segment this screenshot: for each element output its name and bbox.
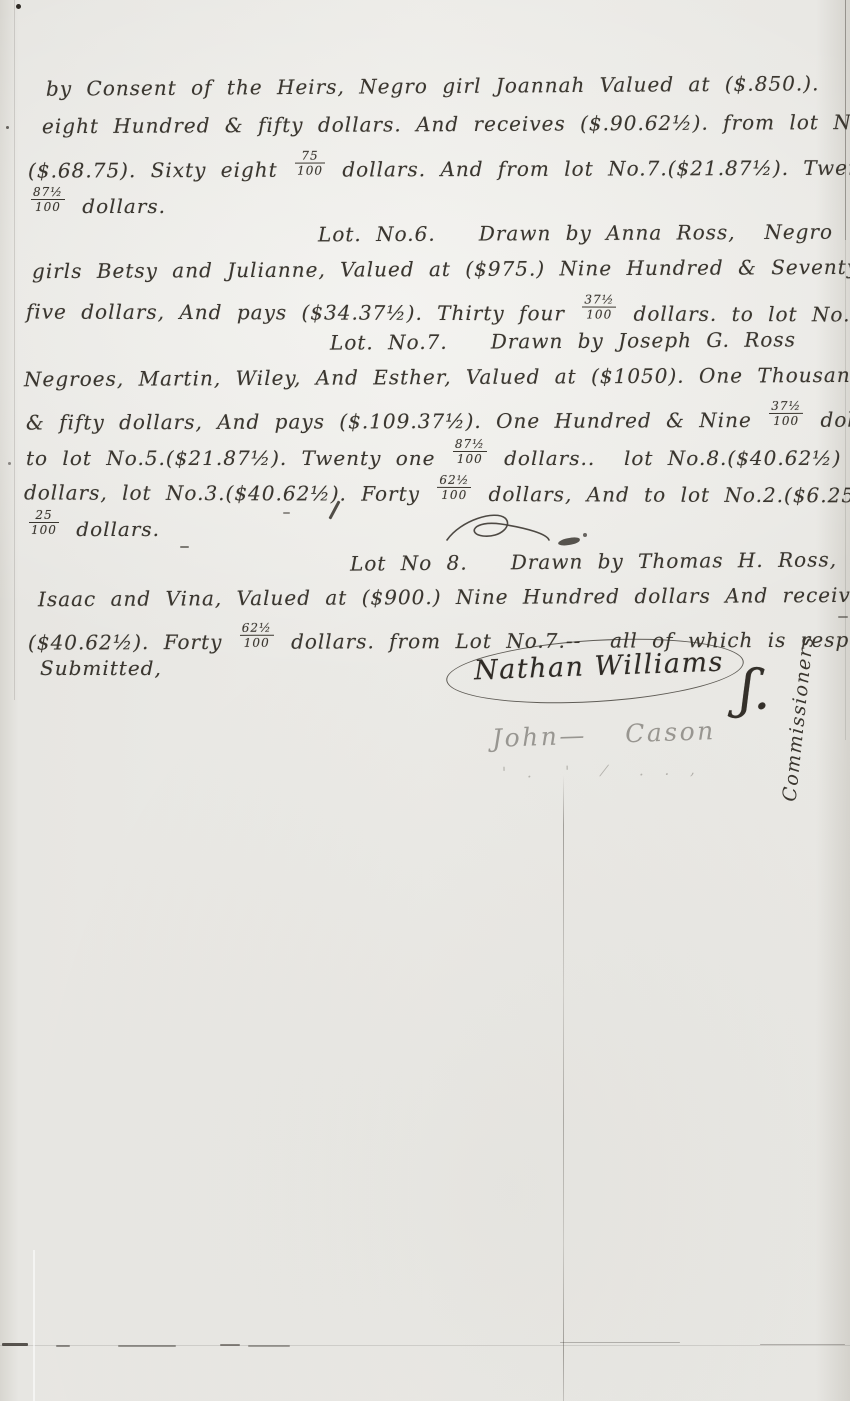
handwritten-line-4: 87½100 dollars.: [28, 186, 166, 218]
text-segment: Negroes, Martin, Wiley, And Esther, Valu…: [24, 363, 850, 391]
handwritten-line-14: Lot No 8. Drawn by Thomas H. Ross, Negro…: [350, 546, 850, 575]
ink-dash: [838, 616, 848, 618]
text-segment: eight Hundred & fifty dollars. And recei…: [42, 110, 850, 138]
fraction: 62½100: [240, 622, 274, 649]
handwritten-line-17: Submitted,: [40, 656, 162, 680]
text-segment: dollars.: [62, 517, 160, 541]
fraction: 75100: [295, 150, 325, 177]
handwritten-line-10: & fifty dollars, And pays ($.109.37½). O…: [26, 399, 850, 434]
ink-dash: [2, 1343, 28, 1346]
text-segment: Submitted,: [40, 656, 162, 680]
handwritten-line-12: dollars, lot No.3.($40.62½). Forty 62½10…: [24, 472, 850, 507]
text-segment: ($40.62½). Forty: [28, 630, 237, 655]
document-page: by Consent of the Heirs, Negro girl Joan…: [0, 0, 850, 1401]
handwritten-line-7: five dollars, And pays ($34.37½). Thirty…: [26, 292, 850, 327]
text-segment: dollars. And from lot No.7.($21.87½). Tw…: [328, 155, 850, 181]
ink-speck: [583, 533, 587, 537]
ink-speck: [16, 4, 21, 9]
handwritten-line-3: ($.68.75). Sixty eight 75100 dollars. An…: [28, 147, 850, 182]
paper-crease-left-edge: [14, 0, 15, 700]
text-segment: dollars, And to lot No.2.($6.25). Six: [474, 482, 850, 508]
text-segment: Lot. No.7. Drawn by Joseph G. Ross: [330, 327, 796, 354]
handwritten-line-13: 25100 dollars.: [26, 509, 160, 541]
handwritten-line-6: girls Betsy and Julianne, Valued at ($97…: [32, 255, 850, 283]
text-segment: dollars, lot No.3.($40.62½). Forty: [24, 480, 434, 505]
ink-dash: [248, 1345, 290, 1347]
fraction: 87½100: [31, 186, 65, 213]
handwritten-line-11: to lot No.5.($21.87½). Twenty one 87½100…: [26, 438, 850, 470]
ink-dash: [180, 546, 189, 548]
ink-speck: [8, 462, 11, 465]
ink-dash: [283, 512, 290, 514]
fraction: 87½100: [453, 438, 487, 465]
ink-dash: [560, 1342, 680, 1343]
ink-dash: [118, 1345, 176, 1347]
signature-brace-flourish: ʃ.: [737, 657, 774, 723]
text-segment: Lot No 8. Drawn by Thomas H. Ross, Negro…: [350, 546, 850, 575]
ink-dash: [760, 1344, 845, 1345]
fold-highlight-vertical: [33, 1250, 35, 1401]
signature-illegible: ' . ' ⁄ . . ,: [502, 760, 703, 782]
text-segment: dollars. to lot No.2..: [619, 302, 850, 327]
fraction: 37½100: [582, 293, 616, 320]
text-segment: & fifty dollars, And pays ($.109.37½). O…: [26, 408, 766, 435]
fraction: 62½100: [437, 474, 471, 501]
text-segment: Lot. No.6. Drawn by Anna Ross, Negro: [318, 220, 833, 247]
handwritten-line-9: Negroes, Martin, Wiley, And Esther, Valu…: [24, 363, 850, 391]
signature-john-cason: John— Cason: [492, 716, 717, 753]
ink-speck: [6, 126, 9, 129]
ink-blot: [558, 537, 581, 547]
text-segment: dollars.: [806, 407, 850, 431]
handwritten-line-2: eight Hundred & fifty dollars. And recei…: [42, 110, 850, 138]
text-segment: to lot No.5.($21.87½). Twenty one: [26, 446, 450, 470]
text-segment: dollars.: [68, 194, 166, 218]
pen-flourish: [443, 510, 553, 550]
ink-dash: [220, 1344, 240, 1346]
text-segment: ($.68.75). Sixty eight: [28, 158, 292, 183]
text-segment: dollars.. lot No.8.($40.62½) Forty: [490, 446, 850, 470]
fraction: 37½100: [769, 400, 803, 427]
handwritten-line-5: Lot. No.6. Drawn by Anna Ross, Negro: [318, 220, 833, 247]
fraction: 25100: [29, 509, 59, 536]
text-segment: five dollars, And pays ($34.37½). Thirty…: [26, 300, 579, 326]
text-segment: girls Betsy and Julianne, Valued at ($97…: [32, 255, 850, 283]
ink-dash: [56, 1345, 70, 1347]
handwritten-line-8: Lot. No.7. Drawn by Joseph G. Ross: [330, 327, 796, 354]
fold-line-vertical: [563, 775, 564, 1401]
handwritten-line-1: by Consent of the Heirs, Negro girl Joan…: [46, 71, 820, 100]
handwritten-line-15: Isaac and Vina, Valued at ($900.) Nine H…: [38, 583, 850, 611]
text-segment: by Consent of the Heirs, Negro girl Joan…: [46, 71, 820, 100]
text-segment: Isaac and Vina, Valued at ($900.) Nine H…: [38, 583, 850, 611]
